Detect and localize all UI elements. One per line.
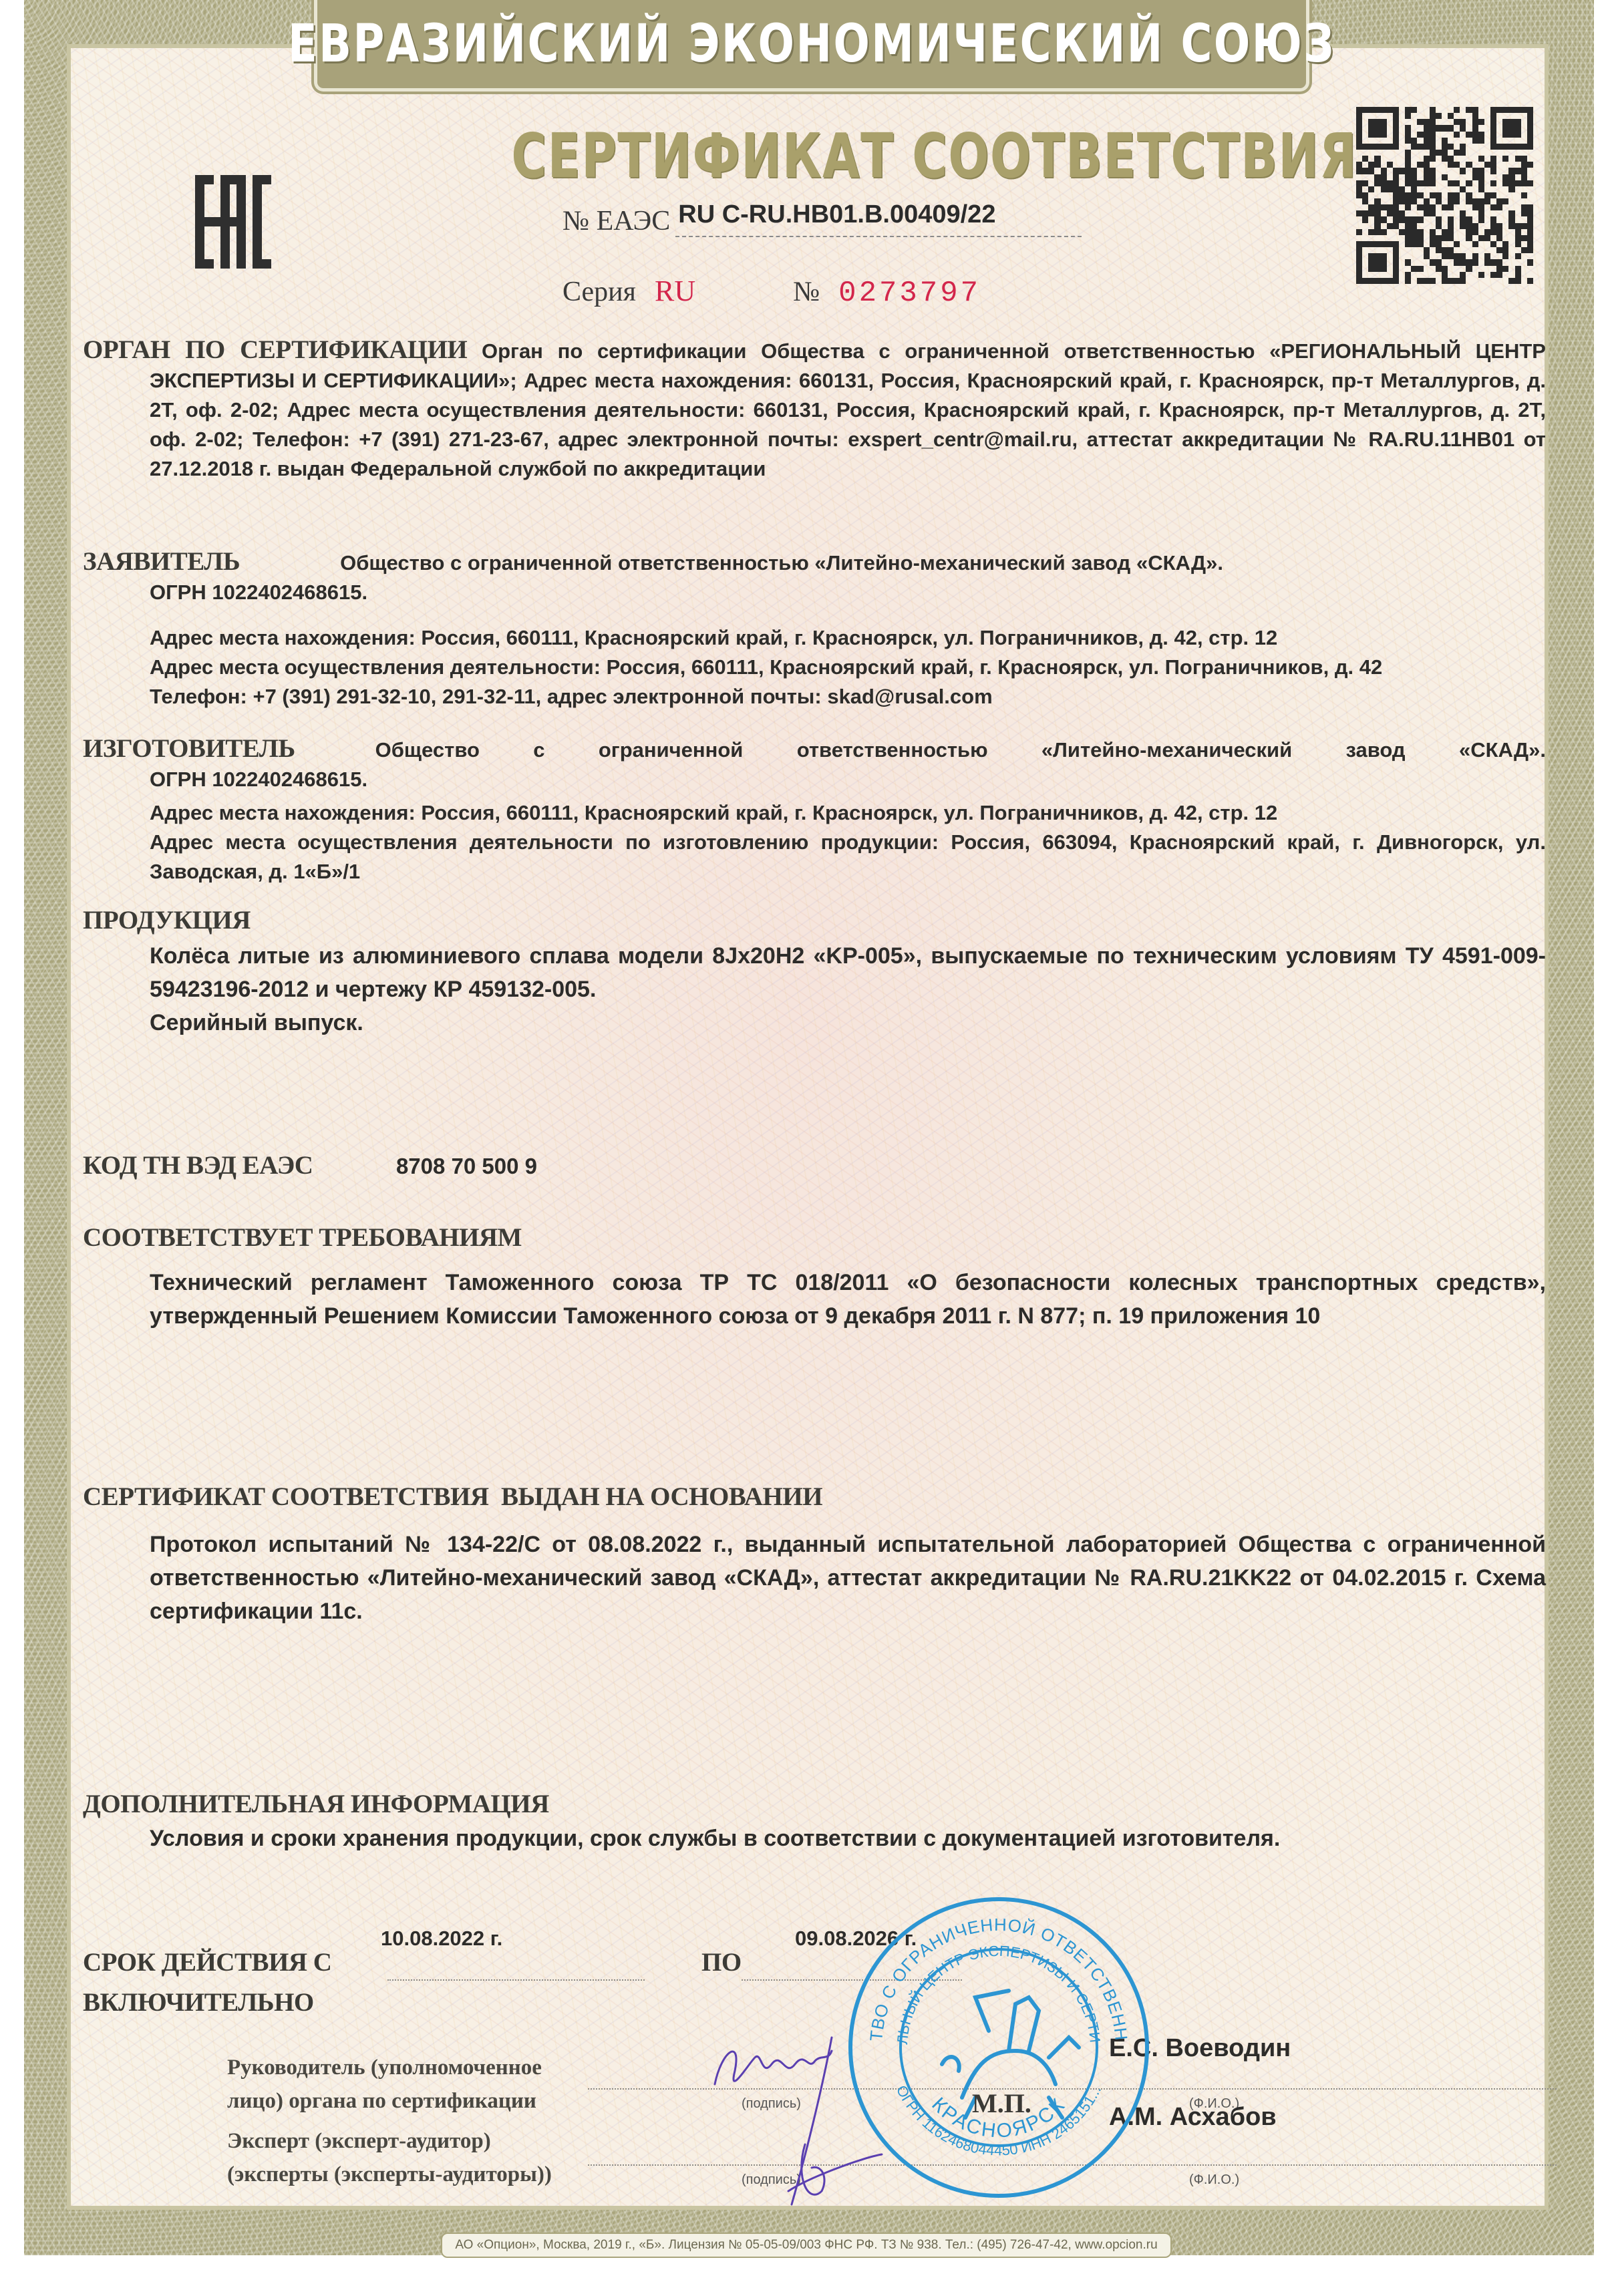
series-label: Серия	[562, 276, 636, 308]
printer-info: АО «Опцион», Москва, 2019 г., «Б». Лицен…	[455, 2238, 1157, 2253]
validity-from-underline	[387, 1979, 645, 1981]
certificate-number-label: № ЕАЭС	[562, 205, 670, 237]
validity-inclusive-label: ВКЛЮЧИТЕЛЬНО	[83, 1987, 314, 2017]
requirements-heading: СООТВЕТСТВУЕТ ТРЕБОВАНИЯМ	[83, 1222, 1546, 1253]
applicant-name: Общество с ограниченной ответственностью…	[340, 548, 1223, 578]
series-value: RU	[655, 274, 695, 308]
handwritten-signature-icon	[661, 2024, 929, 2238]
manufacturer-section: ИЗГОТОВИТЕЛЬ Общество с ограниченной отв…	[83, 733, 1546, 886]
additional-info-heading: ДОПОЛНИТЕЛЬНАЯ ИНФОРМАЦИЯ	[83, 1789, 1546, 1819]
eac-letter-a	[220, 175, 246, 269]
qr-code-icon[interactable]	[1356, 107, 1533, 284]
certification-body-heading: ОРГАН ПО СЕРТИФИКАЦИИ	[83, 335, 467, 364]
hs-code-value: 8708 70 500 9	[396, 1154, 537, 1178]
basis-text: Протокол испытаний № 134-22/С от 08.08.2…	[150, 1528, 1546, 1628]
applicant-ogrn: ОГРН 1022402468615.	[150, 578, 1546, 607]
hs-code-section: КОД ТН ВЭД ЕАЭС 8708 70 500 9	[83, 1150, 1546, 1181]
document-title: СЕРТИФИКАТ СООТВЕТСТВИЯ	[511, 120, 1105, 192]
basis-heading: СЕРТИФИКАТ СООТВЕТСТВИЯ ВЫДАН НА ОСНОВАН…	[83, 1482, 1546, 1512]
eac-logo-icon	[195, 175, 271, 269]
additional-info-section: ДОПОЛНИТЕЛЬНАЯ ИНФОРМАЦИЯ Условия и срок…	[83, 1789, 1546, 1855]
basis-section: СЕРТИФИКАТ СООТВЕТСТВИЯ ВЫДАН НА ОСНОВАН…	[83, 1482, 1546, 1628]
validity-from-value: 10.08.2022 г.	[381, 1924, 502, 1953]
manufacturer-name: Общество с ограниченной ответственностью…	[375, 735, 1546, 765]
requirements-text: Технический регламент Таможенного союза …	[150, 1266, 1546, 1333]
applicant-legal-address: Адрес места нахождения: Россия, 660111, …	[150, 623, 1546, 653]
applicant-contacts: Телефон: +7 (391) 291-32-10, 291-32-11, …	[150, 682, 1546, 711]
requirements-section: СООТВЕТСТВУЕТ ТРЕБОВАНИЯМ Технический ре…	[83, 1222, 1546, 1333]
certification-body-section: ОРГАН ПО СЕРТИФИКАЦИИ Орган по сертифика…	[83, 335, 1546, 484]
additional-info-text: Условия и сроки хранения продукции, срок…	[150, 1822, 1546, 1855]
union-banner: ЕВРАЗИЙСКИЙ ЭКОНОМИЧЕСКИЙ СОЮЗ	[314, 0, 1309, 92]
manufacturer-legal-address: Адрес места нахождения: Россия, 660111, …	[150, 798, 1546, 828]
serial-number: 0273797	[838, 277, 981, 310]
applicant-section: ЗАЯВИТЕЛЬ Общество с ограниченной ответс…	[83, 546, 1546, 711]
serial-label: №	[793, 276, 820, 308]
product-release: Серийный выпуск.	[150, 1006, 1546, 1039]
applicant-activity-address: Адрес места осуществления деятельности: …	[150, 653, 1546, 682]
hs-code-heading: КОД ТН ВЭД ЕАЭС	[83, 1151, 313, 1180]
product-description: Колёса литые из алюминиевого сплава моде…	[150, 939, 1546, 1006]
product-section: ПРОДУКЦИЯ Колёса литые из алюминиевого с…	[83, 905, 1546, 1039]
manufacturer-heading: ИЗГОТОВИТЕЛЬ	[83, 733, 295, 764]
expert-signatory-label: Эксперт (эксперт-аудитор) (эксперты (экс…	[227, 2124, 552, 2191]
applicant-heading: ЗАЯВИТЕЛЬ	[83, 546, 240, 577]
head-signatory-label: Руководитель (уполномоченное лицо) орган…	[227, 2051, 542, 2118]
printer-footer: АО «Опцион», Москва, 2019 г., «Б». Лицен…	[441, 2233, 1172, 2258]
eac-letter-c	[253, 175, 271, 269]
expert-fio-caption: (Ф.И.О.)	[1189, 2172, 1239, 2188]
validity-to-label: ПО	[701, 1947, 742, 1977]
validity-from-label: СРОК ДЕЙСТВИЯ С	[83, 1947, 331, 1977]
series-row: Серия RU № 0273797	[562, 274, 981, 310]
certificate-number: № ЕАЭС RU C-RU.HB01.B.00409/22	[562, 200, 1082, 237]
product-heading: ПРОДУКЦИЯ	[83, 905, 1546, 935]
eac-letter-e	[195, 175, 214, 269]
manufacturer-ogrn: ОГРН 1022402468615.	[150, 765, 1546, 794]
manufacturer-production-address: Адрес места осуществления деятельности п…	[150, 828, 1546, 886]
seal-place-label: М.П.	[972, 2088, 1031, 2119]
certificate-number-value: RU C-RU.HB01.B.00409/22	[675, 200, 1082, 237]
union-title: ЕВРАЗИЙСКИЙ ЭКОНОМИЧЕСКИЙ СОЮЗ	[288, 14, 1335, 74]
